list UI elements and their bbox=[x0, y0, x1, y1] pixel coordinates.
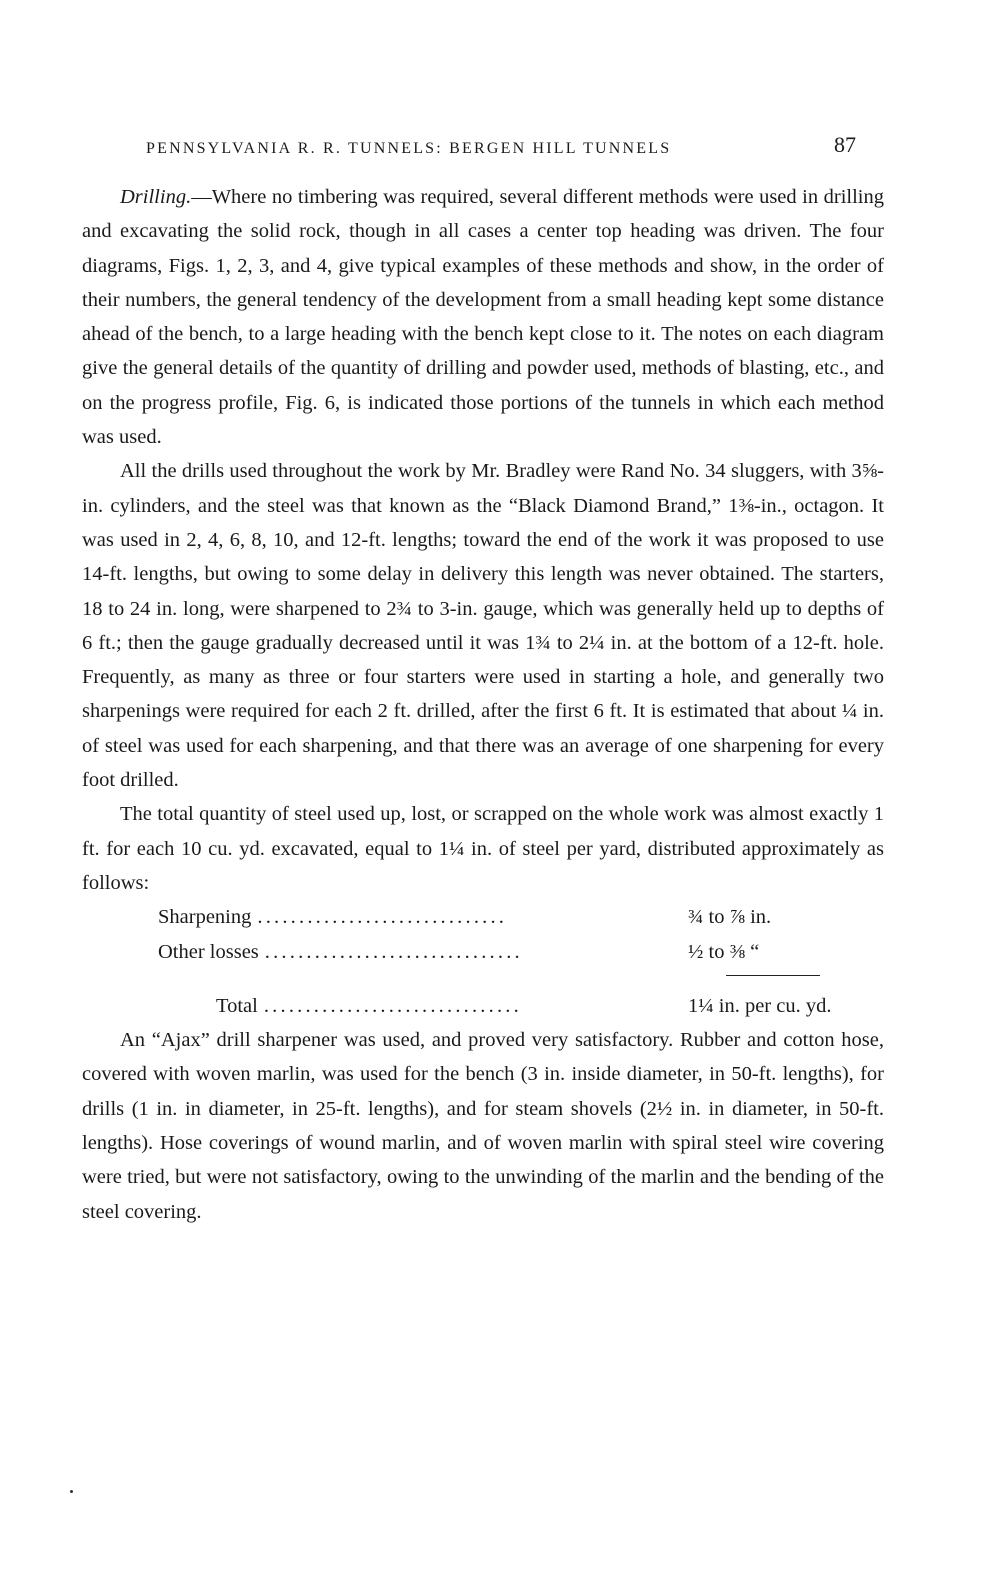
total-label: Total bbox=[216, 989, 258, 1023]
paragraph-steel-quantity: The total quantity of steel used up, los… bbox=[82, 797, 884, 900]
paragraph-drills-steel: All the drills used throughout the work … bbox=[82, 454, 884, 797]
leader-dots: ............................... bbox=[265, 935, 682, 969]
total-row: Total ............................... 1¼… bbox=[216, 989, 818, 1023]
row-label: Other losses bbox=[158, 935, 259, 969]
sum-rule-row bbox=[158, 969, 818, 989]
paragraph-drilling: Drilling.—Where no timbering was require… bbox=[82, 180, 884, 454]
page-number: 87 bbox=[834, 132, 856, 158]
table-row: Other losses ...........................… bbox=[158, 935, 818, 969]
paragraph-text: —Where no timbering was required, severa… bbox=[82, 186, 884, 448]
row-label: Sharpening bbox=[158, 900, 251, 934]
table-row: Sharpening .............................… bbox=[158, 900, 818, 934]
steel-distribution-table: Sharpening .............................… bbox=[158, 900, 818, 1023]
leader-dots: ............................... bbox=[264, 989, 682, 1023]
stray-mark bbox=[70, 1490, 73, 1493]
paragraph-sharpener-hose: An “Ajax” drill sharpener was used, and … bbox=[82, 1023, 884, 1229]
document-page: PENNSYLVANIA R. R. TUNNELS: BERGEN HILL … bbox=[0, 0, 1000, 1587]
row-value: ½ to ⅜ “ bbox=[688, 935, 818, 969]
row-value: ¾ to ⅞ in. bbox=[688, 900, 818, 934]
leader-dots: .............................. bbox=[257, 900, 682, 934]
section-lead: Drilling. bbox=[120, 186, 191, 208]
total-value: 1¼ in. per cu. yd. bbox=[688, 989, 818, 1023]
sum-rule bbox=[726, 975, 820, 976]
body-text: Drilling.—Where no timbering was require… bbox=[82, 180, 884, 1229]
running-header: PENNSYLVANIA R. R. TUNNELS: BERGEN HILL … bbox=[146, 140, 858, 158]
